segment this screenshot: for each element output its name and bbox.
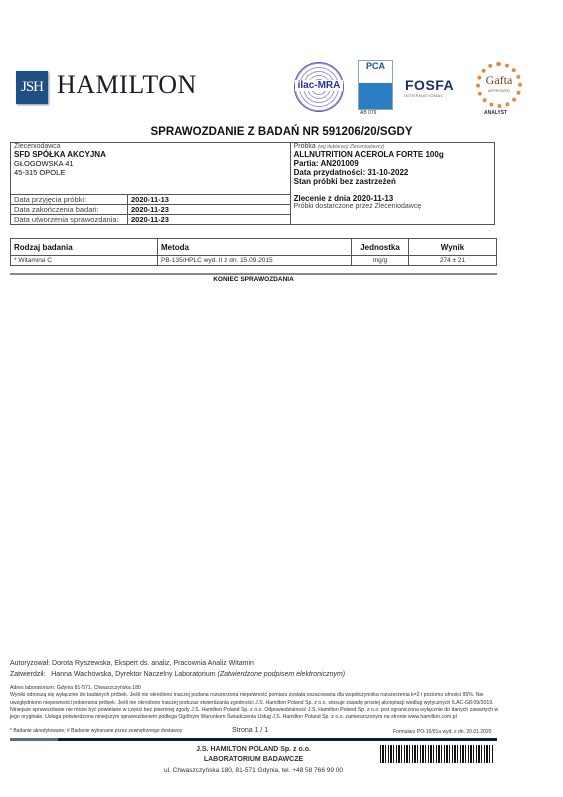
pca-logo-icon: PCA bbox=[358, 60, 393, 110]
client-label: Zleceniodawca bbox=[14, 143, 287, 150]
order-date: Zlecenie z dnia 2020-11-13 bbox=[294, 194, 491, 203]
footer-address: ul. Chwaszczyńska 180, 81-571 Gdynia, te… bbox=[0, 767, 507, 774]
sample-condition: Stan próbki bez zastrzeżeń bbox=[294, 177, 491, 186]
pca-flask-icon bbox=[359, 83, 392, 109]
sample-name: ALLNUTRITION ACEROLA FORTE 100g bbox=[294, 150, 491, 159]
results-table: Rodzaj badania Metoda Jednostka Wynik * … bbox=[10, 238, 497, 266]
footer-bar bbox=[58, 738, 497, 741]
page-number: Strona 1 / 1 bbox=[232, 727, 268, 734]
info-table: Zleceniodawca SFD SPÓŁKA AKCYJNA GŁOGOWS… bbox=[10, 142, 495, 225]
authorized-line: Autoryzował: Dorota Ryszewska, Ekspert d… bbox=[10, 660, 254, 667]
client-name: SFD SPÓŁKA AKCYJNA bbox=[14, 150, 287, 159]
approved-value: Hanna Wachowska, Dyrektor Naczelny Labor… bbox=[51, 671, 215, 678]
footer-bar-accent bbox=[10, 738, 58, 741]
gafta-approved: APPROVED bbox=[480, 88, 518, 93]
lab-address: Adres laboratorium: Gdynia 81-571, Chwas… bbox=[10, 685, 500, 692]
header-method: Metoda bbox=[158, 239, 352, 256]
header-unit: Jednostka bbox=[352, 239, 409, 256]
pca-code: AB 079 bbox=[360, 110, 376, 116]
approved-label: Zatwierdził: bbox=[10, 671, 45, 678]
date-created-value: 2020-11-23 bbox=[128, 215, 291, 225]
sample-expiry: Data przydatności: 31-10-2022 bbox=[294, 168, 491, 177]
cell-method: PB-135/HPLC wyd. II z dn. 15.09.2015 bbox=[158, 256, 352, 266]
barcode-icon bbox=[380, 745, 493, 763]
date-received-label: Data przyjęcia próbki: bbox=[11, 195, 128, 205]
hamilton-logo-mark: JSH bbox=[16, 71, 48, 104]
footnote-legend: * Badanie akredytowane; # Badanie wykona… bbox=[10, 728, 182, 734]
hamilton-logo-text: HAMILTON bbox=[57, 70, 197, 100]
cell-unit: mg/g bbox=[352, 256, 409, 266]
ilac-label: ilac-MRA bbox=[295, 80, 343, 91]
approved-note: (Zatwierdzone podpisem elektronicznym) bbox=[218, 671, 346, 678]
gafta-caption: ANALYST bbox=[484, 110, 507, 116]
date-received-value: 2020-11-13 bbox=[128, 195, 291, 205]
sample-delivery: Próbki dostarczone przez Zleceniodawcę bbox=[294, 203, 491, 210]
disclaimer: Wyniki odnoszą się wyłącznie do badanych… bbox=[10, 692, 500, 721]
date-created-label: Data utworzenia sprawozdania: bbox=[11, 215, 128, 225]
sample-label: Próbka bbox=[294, 143, 316, 150]
client-cell: Zleceniodawca SFD SPÓŁKA AKCYJNA GŁOGOWS… bbox=[11, 143, 291, 195]
header-result: Wynik bbox=[409, 239, 497, 256]
approved-line: Zatwierdził: Hanna Wachowska, Dyrektor N… bbox=[10, 671, 345, 678]
gafta-label: Gafta bbox=[480, 73, 518, 88]
table-row: * Witamina C PB-135/HPLC wyd. II z dn. 1… bbox=[11, 256, 497, 266]
cell-test-type: * Witamina C bbox=[11, 256, 158, 266]
header-test-type: Rodzaj badania bbox=[11, 239, 158, 256]
fine-print: Adres laboratorium: Gdynia 81-571, Chwas… bbox=[10, 685, 500, 721]
date-completed-label: Data zakończenia badań: bbox=[11, 205, 128, 215]
client-city: 45-315 OPOLE bbox=[14, 168, 287, 177]
cell-result: 274 ± 21 bbox=[409, 256, 497, 266]
sample-batch: Partia: AN201009 bbox=[294, 159, 491, 168]
fosfa-logo-icon: FOSFA bbox=[405, 77, 454, 93]
ilac-mra-logo-icon: ilac-MRA bbox=[294, 62, 344, 112]
authorized-label: Autoryzował: bbox=[10, 660, 50, 667]
date-completed-value: 2020-11-23 bbox=[128, 205, 291, 215]
form-id: Formularz PO-10/01a wyd. z dn. 20.01.202… bbox=[393, 729, 491, 735]
fosfa-subtitle: INTERNATIONAL bbox=[404, 93, 444, 98]
client-street: GŁOGOWSKA 41 bbox=[14, 159, 287, 168]
divider bbox=[10, 273, 497, 275]
report-title: SPRAWOZDANIE Z BADAŃ NR 591206/20/SGDY bbox=[0, 126, 563, 138]
pca-label: PCA bbox=[359, 61, 392, 83]
end-of-report: KONIEC SPRAWOZDANIA bbox=[0, 276, 507, 283]
gafta-logo-icon: Gafta APPROVED bbox=[476, 62, 522, 108]
sample-cell: Próbka (wg deklaracji Zleceniodawcy) ALL… bbox=[290, 143, 494, 225]
authorized-value: Dorota Ryszewska, Ekspert ds. analiz, Pr… bbox=[52, 660, 254, 667]
